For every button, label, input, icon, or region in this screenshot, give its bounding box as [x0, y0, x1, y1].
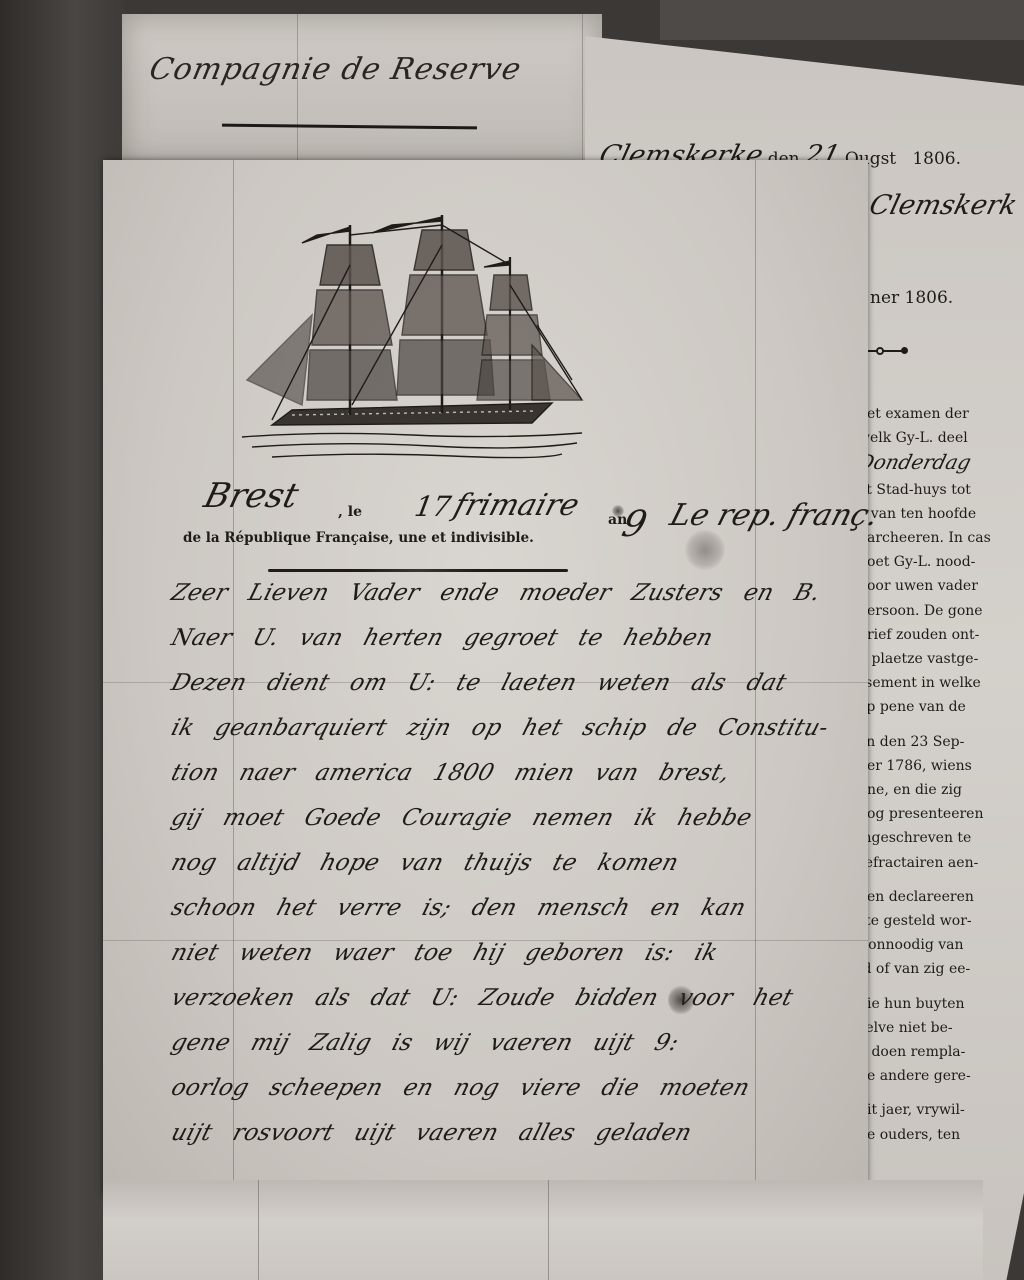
- certificate-text-line: de andere gere-: [858, 1064, 1018, 1088]
- certificate-year: 1806.: [912, 149, 961, 169]
- ornament-divider: [866, 350, 906, 352]
- certificate-gap: [858, 1088, 1018, 1098]
- letter-line: niet weten waer toe hij geboren is: ik: [168, 940, 721, 966]
- certificate-text-line: noet Gy-L. nood-: [858, 550, 1018, 574]
- fold-line: [258, 1180, 259, 1280]
- certificate-text-line: ste gesteld wor-: [858, 909, 1018, 933]
- fold-line: [297, 14, 298, 164]
- certificate-text-line: het examen der: [858, 402, 1018, 426]
- certificate-text-line: narcheeren. In cas: [858, 526, 1018, 550]
- certificate-text-line: ld of van zig ee-: [858, 957, 1018, 981]
- letter-place: Brest: [200, 476, 302, 516]
- fold-line: [548, 1180, 549, 1280]
- certificate-text-line: ber 1786, wiens: [858, 754, 1018, 778]
- dark-backdrop-top: [660, 0, 1024, 40]
- certificate-text-line: n plaetze vastge-: [858, 647, 1018, 671]
- ink-stain: [668, 985, 694, 1015]
- certificate-text-column: het examen derwelk Gy-L. deelDonderdaget…: [858, 402, 1018, 1147]
- certificate-text-line: e van ten hoofde: [858, 502, 1018, 526]
- certificate-text-line: persoon. De gone: [858, 599, 1018, 623]
- letter-line: gene mij Zalig is wij vaeren uijt 9:: [168, 1030, 682, 1056]
- certificate-text-line: une, en die zig: [858, 778, 1018, 802]
- certificate-text-line: ssement in welke: [858, 671, 1018, 695]
- certificate-text-line: ne ouders, ten: [858, 1123, 1018, 1147]
- certificate-text-line: welk Gy-L. deel: [858, 426, 1018, 450]
- certificate-text-line: en den 23 Sep-: [858, 730, 1018, 754]
- letter-line: gij moet Goede Couragie nemen ik hebbe: [168, 805, 755, 831]
- certificate-text-line: zelve niet be-: [858, 1016, 1018, 1040]
- letter-line: schoon het verre is; den mensch en kan: [168, 895, 749, 921]
- letter-line: verzoeken als dat U: Zoude bidden voor h…: [168, 985, 796, 1011]
- certificate-text-line: refractairen aen-: [858, 851, 1018, 875]
- ship-engraving-icon: [232, 205, 592, 470]
- certificate-text-line: op pene van de: [858, 695, 1018, 719]
- certificate-text-line: nog presenteeren: [858, 802, 1018, 826]
- letterhead-divider: [268, 569, 568, 572]
- letter-republic-handwritten: Le rep. franç.: [666, 498, 883, 533]
- back-sheet: [122, 14, 602, 164]
- letter-line: Dezen dient om U: te laeten weten als da…: [168, 670, 789, 696]
- certificate-text-line: door uwen vader: [858, 574, 1018, 598]
- certificate-text-line: brief zouden ont-: [858, 623, 1018, 647]
- certificate-text-line: llen declareeren: [858, 885, 1018, 909]
- letter-line: oorlog scheepen en nog viere die moeten: [168, 1075, 753, 1101]
- letter-line: ik geanbarquiert zijn op het schip de Co…: [168, 715, 831, 741]
- certificate-text-line: dit jaer, vrywil-: [858, 1098, 1018, 1122]
- letter-line: nog altijd hope van thuijs te komen: [168, 850, 681, 876]
- certificate-gap: [858, 982, 1018, 992]
- letter-line: Zeer Lieven Vader ende moeder Zusters en…: [168, 580, 823, 606]
- certificate-gap: [858, 720, 1018, 730]
- letter-month: frimaire: [450, 488, 583, 523]
- letter-line: tion naer america 1800 mien van brest,: [168, 760, 733, 786]
- company-heading: Compagnie de Reserve: [146, 52, 524, 87]
- certificate-text-line: ingeschreven te: [858, 826, 1018, 850]
- ink-dot: [612, 505, 624, 517]
- certificate-text-line: die hun buyten: [858, 992, 1018, 1016]
- letter-line: uijt rosvoort uijt vaeren alles geladen: [168, 1120, 695, 1146]
- letter-day: 17: [412, 490, 453, 523]
- letter-republic-printed: de la République Française, une et indiv…: [183, 530, 534, 546]
- ink-stain: [685, 530, 725, 570]
- letter-lower-panel: [103, 1180, 983, 1280]
- letter-line: Naer U. van herten gegroet te hebben: [168, 625, 716, 651]
- certificate-gap: [858, 875, 1018, 885]
- letter-le: , le: [338, 504, 362, 520]
- certificate-date-fragment: ner 1806.: [870, 288, 953, 308]
- certificate-text-line: n doen rempla-: [858, 1040, 1018, 1064]
- certificate-place-2: Clemskerk: [866, 190, 1020, 221]
- certificate-text-line: Donderdag: [858, 450, 1018, 477]
- fold-line: [582, 14, 583, 164]
- letterhead: Brest , le 17 frimaire an 9 Le rep. fran…: [183, 476, 853, 566]
- certificate-text-line: t onnoodig van: [858, 933, 1018, 957]
